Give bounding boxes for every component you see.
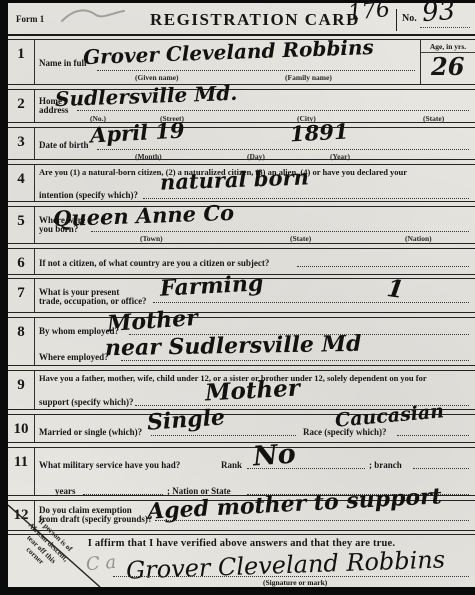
header-rule	[8, 34, 475, 41]
no-sublabel: (No.)	[90, 114, 106, 123]
years-answer-line	[83, 494, 163, 495]
field-row-address: 2 Home address (No.) (Street) (City) (St…	[8, 90, 475, 122]
employer-label: By whom employed?	[39, 326, 119, 336]
row-number: 2	[8, 90, 35, 122]
citizenship-answer-line	[143, 198, 469, 199]
noncitizen-answer-line	[297, 266, 469, 267]
employed-where-handwritten: near Sudlersville Md	[105, 332, 362, 358]
given-name-sublabel: (Given name)	[135, 73, 179, 82]
field-row-marital-race: 10 Married or single (which)? Single Rac…	[8, 415, 475, 442]
nation-sublabel: (Nation)	[405, 234, 432, 243]
row-number: 6	[8, 249, 35, 274]
row-number: 10	[8, 415, 35, 442]
age-box: Age, in yrs. 26	[420, 40, 475, 84]
citizenship-question-line1: Are you (1) a natural-born citizen, (2) …	[39, 167, 407, 177]
rank-answer-line	[247, 468, 365, 469]
branch-label: ; branch	[369, 460, 402, 470]
state-sublabel: (State)	[290, 234, 311, 243]
row-number: 7	[8, 279, 35, 311]
card-title: REGISTRATION CARD	[150, 10, 360, 30]
name-label: Name in full	[39, 58, 87, 68]
field-row-noncitizen: 6 If not a citizen, of what country are …	[8, 249, 475, 274]
exemption-answer-line	[155, 520, 469, 521]
birthplace-answer-line	[91, 231, 469, 232]
field-row-citizenship: 4 Are you (1) a natural-born citizen, (2…	[8, 165, 475, 201]
field-row-birthplace: 5 Where were you born? (Town) (State) (N…	[8, 207, 475, 243]
dependents-question-line2: support (specify which)?	[39, 397, 134, 407]
signature-sublabel: (Signature or mark)	[263, 578, 327, 587]
field-row-name: 1 Name in full (Given name) (Family name…	[8, 40, 475, 84]
field-row-birthdate: 3 Date of birth (Month) (Day) (Year) Apr…	[8, 128, 475, 159]
occupation-label-line2: trade, occupation, or office?	[39, 296, 147, 306]
row-number: 11	[8, 448, 35, 496]
occupation-mark-handwritten: 1	[385, 276, 405, 302]
marital-label: Married or single (which)?	[39, 427, 142, 437]
card-number-handwritten: 93	[421, 0, 456, 26]
row-number: 1	[8, 40, 35, 84]
dependents-answer-line	[135, 405, 469, 406]
dependents-question-line1: Have you a father, mother, wife, child u…	[39, 373, 427, 383]
pencil-scribble-mark	[58, 5, 128, 27]
years-label: years	[55, 486, 76, 496]
birthdate-label: Date of birth	[39, 140, 89, 150]
row-number: 5	[8, 207, 35, 243]
header-divider	[396, 9, 397, 31]
employed-where-answer-line	[121, 360, 469, 361]
race-answer-line	[397, 435, 469, 436]
address-answer-line	[77, 110, 469, 111]
nation-state-label: ; Nation or State	[167, 486, 231, 496]
birthdate-answer-line	[97, 149, 469, 150]
row-number: 9	[8, 371, 35, 409]
marital-answer-line	[151, 435, 296, 436]
age-value-handwritten: 26	[431, 52, 464, 81]
registration-card: Form 1 REGISTRATION CARD 176 No. 93 1 Na…	[8, 3, 475, 587]
race-label: Race (specify which)?	[303, 427, 386, 437]
month-sublabel: (Month)	[135, 152, 162, 161]
city-sublabel: (City)	[297, 114, 316, 123]
field-row-military: 11 What military service have you had? R…	[8, 448, 475, 496]
occupation-answer-line	[153, 302, 469, 303]
field-row-employer: 8 By whom employed? Mother Where employe…	[8, 318, 475, 366]
employed-where-label: Where employed?	[39, 352, 109, 362]
employer-answer-line	[129, 334, 469, 335]
birthplace-label-line2: you born?	[39, 224, 78, 234]
row-number: 4	[8, 165, 35, 201]
field-row-occupation: 7 What is your present trade, occupation…	[8, 279, 475, 311]
military-question: What military service have you had?	[39, 460, 180, 470]
noncitizen-question: If not a citizen, of what country are yo…	[39, 258, 269, 268]
name-answer-line	[97, 70, 415, 71]
rank-label: Rank	[221, 460, 242, 470]
signature-line	[113, 576, 469, 577]
state-sublabel: (State)	[423, 114, 444, 123]
card-header: Form 1 REGISTRATION CARD 176 No. 93	[8, 3, 475, 34]
number-label: No.	[402, 13, 417, 24]
citizenship-question-line2: intention (specify which)?	[39, 190, 138, 200]
field-row-dependents: 9 Have you a father, mother, wife, child…	[8, 371, 475, 409]
nation-state-answer-line	[247, 494, 469, 495]
number-dotted-line	[420, 27, 470, 28]
day-sublabel: (Day)	[247, 152, 265, 161]
row-number: 8	[8, 318, 35, 366]
row-number: 3	[8, 128, 35, 159]
address-label: address	[39, 105, 68, 115]
family-name-sublabel: (Family name)	[285, 73, 332, 82]
branch-answer-line	[413, 468, 469, 469]
year-sublabel: (Year)	[330, 152, 350, 161]
street-sublabel: (Street)	[160, 114, 184, 123]
name-handwritten: Grover Cleveland Robbins	[83, 37, 374, 67]
form-number-label: Form 1	[16, 14, 44, 24]
town-sublabel: (Town)	[140, 234, 163, 243]
